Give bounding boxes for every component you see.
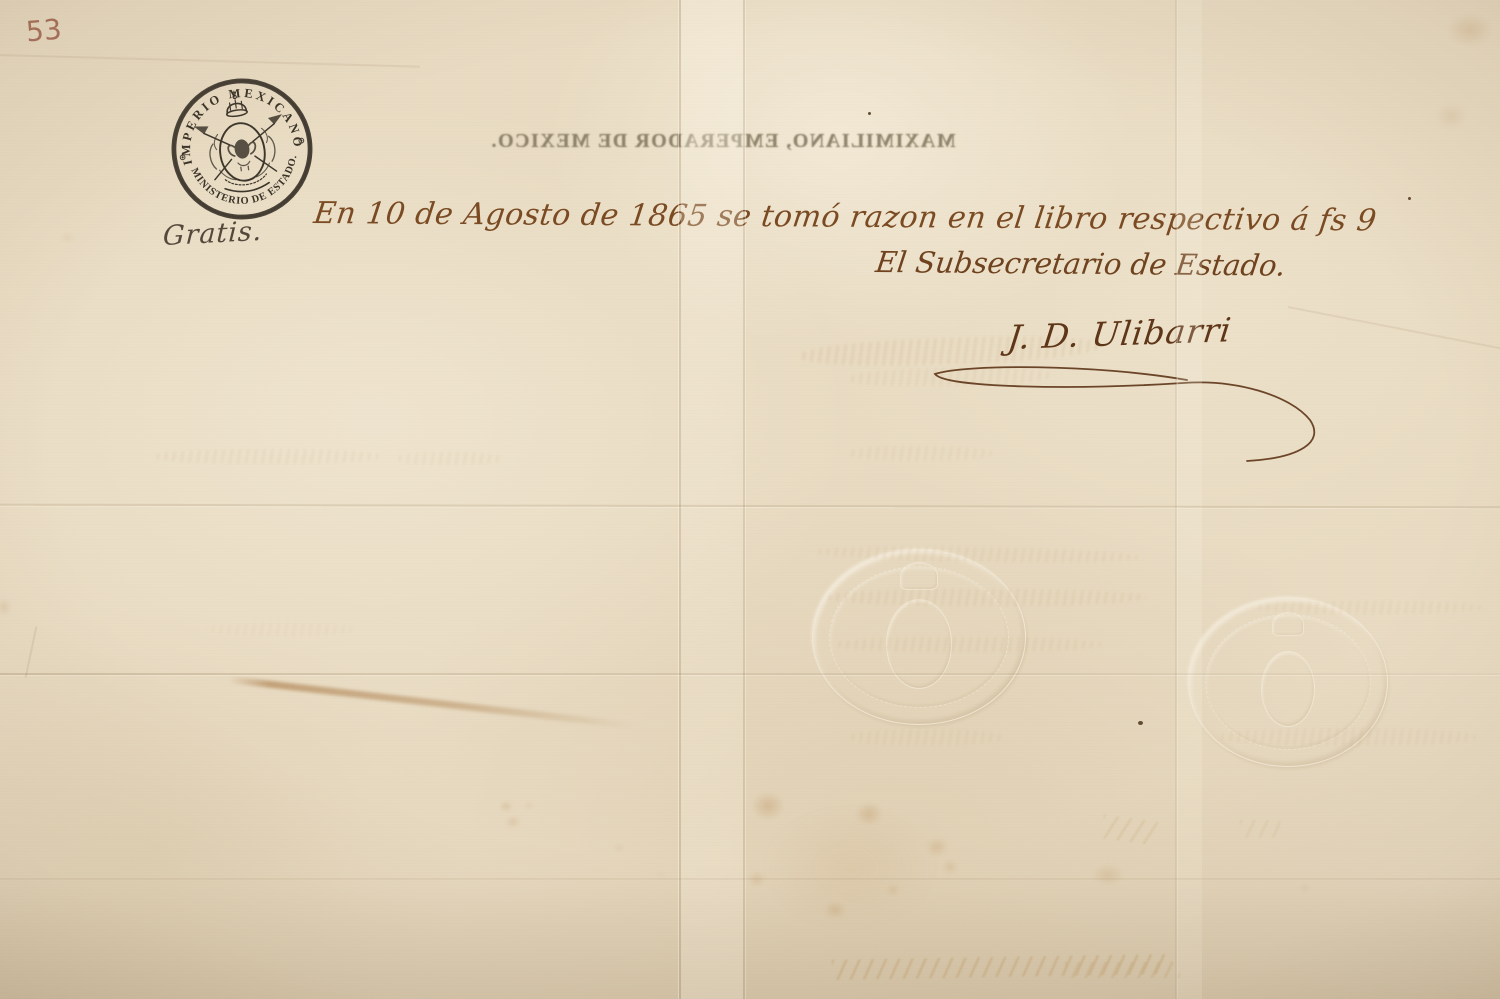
bleedthrough-script-ghost (832, 637, 1102, 652)
fold-crease-diagonal (0, 54, 420, 67)
bleedthrough-script-ghost (845, 729, 1005, 746)
bleedthrough-hatch-ghost (1240, 820, 1280, 838)
fold-band-right (1176, 0, 1202, 999)
ministry-stamp-svg: IMPERIO MEXICANO MINISTERIO DE ESTADO. (158, 62, 326, 235)
stain (58, 232, 78, 244)
registration-line: En 10 de Agosto de 1865 se tomó razon en… (312, 196, 1379, 238)
stain (745, 786, 791, 826)
stain (524, 801, 534, 810)
stain (940, 858, 960, 876)
stain (1428, 96, 1474, 136)
bleedthrough-script-ghost (1215, 728, 1480, 746)
fold-crease-vertical (679, 0, 681, 999)
bleedthrough-hatch-ghost (1101, 814, 1159, 845)
stain (503, 814, 523, 830)
stain (884, 882, 902, 898)
document-scan: MAXIMILIANO, EMPERADOR DE MEXICO. 53 (0, 0, 1500, 999)
bleedthrough-script-ghost (150, 449, 385, 464)
bleedthrough-script-ghost (1252, 601, 1487, 614)
embossed-seal-crown (1272, 612, 1304, 636)
archival-number: 53 (25, 13, 63, 49)
fold-crease-horizontal (0, 504, 1500, 508)
stain (497, 799, 515, 814)
office-line: El Subsecretario de Estado. (874, 245, 1288, 283)
fold-crease-vertical (743, 0, 745, 999)
ink-speck (868, 112, 871, 115)
stain (820, 898, 850, 922)
stain (1438, 6, 1500, 54)
bleedthrough-script-ghost (392, 452, 504, 465)
signature: J. D. Ulibarri (1006, 310, 1234, 357)
bleedthrough-script-ghost (205, 623, 355, 636)
fold-crease-horizontal (0, 673, 1500, 675)
bleedthrough-hatch-ghost (1065, 962, 1180, 978)
bleedthrough-script-ghost (822, 589, 1147, 606)
stain (0, 594, 14, 620)
signature-flourish (925, 358, 1345, 473)
stain-streak (228, 676, 638, 730)
embossed-seal-crown (900, 562, 938, 590)
stain (1085, 860, 1131, 890)
bleedthrough-printed-header: MAXIMILIANO, EMPERADOR DE MEXICO. (490, 130, 956, 153)
stain (613, 843, 625, 853)
fold-crease-diagonal (1288, 306, 1500, 352)
stain (922, 834, 952, 860)
stain (850, 798, 888, 830)
fold-crease-diagonal (25, 626, 37, 677)
stain (656, 870, 666, 878)
stain (1300, 884, 1310, 892)
embossed-seal-crest-oval (1261, 651, 1315, 727)
fold-crease-horizontal (0, 878, 1500, 880)
ministry-stamp: IMPERIO MEXICANO MINISTERIO DE ESTADO. (158, 62, 326, 235)
fold-crease-vertical (1175, 0, 1177, 999)
ink-speck (1408, 197, 1411, 200)
ink-speck (1138, 721, 1143, 725)
gratis-note: Gratis. (162, 216, 263, 252)
